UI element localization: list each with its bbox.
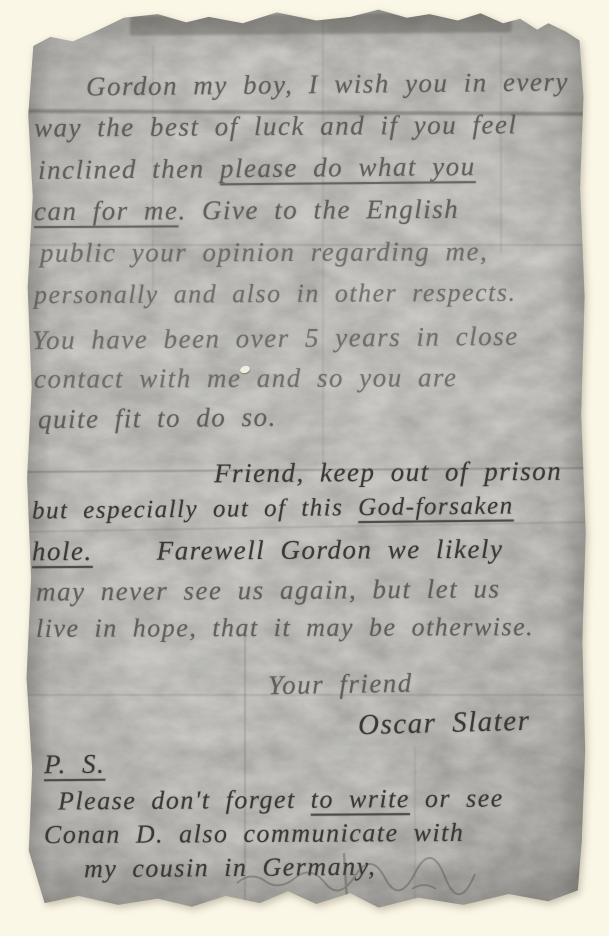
letter-text: Oscar Slater [358,705,531,742]
letter-line: personally and also in other respects. [34,277,517,311]
letter-photograph: Gordon my boy, I wish you in every way t… [0,0,609,936]
underlined-text: hole. [32,536,93,566]
letter-text: live in hope, that it may be otherwise. [36,612,534,643]
faint-scribble [232,851,522,906]
letter-text: Please don't forget [58,785,311,816]
letter-text: personally and also in other respects. [34,278,517,310]
letter-line: way the best of luck and if you feel [34,108,518,144]
letter-line: but especially out of this God-forsaken [32,491,514,526]
paper-shadow-wrap: Gordon my boy, I wish you in every way t… [22,6,588,914]
letter-line: contact with me and so you are [34,361,458,395]
letter-text: or see [410,783,504,813]
letter-line: Gordon my boy, I wish you in every [86,65,569,102]
underlined-text: please do what you [220,151,476,183]
letter-line: hole.Farewell Gordon we likely [32,533,504,568]
valediction: Your friend [268,667,413,702]
letter-text: Farewell Gordon we likely [157,534,504,566]
letter-line: Friend, keep out of prison [214,455,562,490]
underlined-text: God-forsaken [358,492,514,521]
letter-text: Your friend [268,668,413,701]
letter-paper: Gordon my boy, I wish you in every way t… [22,6,588,914]
letter-text: Friend, keep out of prison [214,456,562,488]
letter-line: live in hope, that it may be otherwise. [36,611,534,644]
letter-text: . Give to the English [178,194,459,225]
letter-text: but especially out of this [32,494,358,524]
handwritten-text-layer: Gordon my boy, I wish you in every way t… [22,6,588,914]
letter-text: way the best of luck and if you feel [34,109,518,142]
underlined-text: P. S. [44,749,106,780]
ps-heading: P. S. [44,748,106,781]
letter-line: You have been over 5 years in close [32,320,519,357]
letter-line: may never see us again, but let us [36,572,501,608]
letter-text: inclined then [38,153,220,185]
letter-text: quite fit to do so. [38,402,277,434]
letter-line: quite fit to do so. [38,401,277,436]
letter-text: contact with me and so you are [34,362,458,393]
letter-line: public your opinion regarding me, [40,235,488,269]
underlined-text: to write [311,784,410,814]
letter-line: can for me. Give to the English [34,193,459,228]
letter-text: Conan D. also communicate with [44,818,465,849]
ps-line: Conan D. also communicate with [44,817,465,850]
letter-text: public your opinion regarding me, [40,236,488,268]
underlined-text: can for me [34,195,179,226]
signature: Oscar Slater [358,704,531,743]
ps-line: Please don't forget to write or see [58,782,504,816]
letter-text: Gordon my boy, I wish you in every [86,66,569,101]
letter-line: inclined then please do what you [38,150,476,186]
letter-text: You have been over 5 years in close [32,321,519,355]
letter-text: may never see us again, but let us [36,573,501,606]
